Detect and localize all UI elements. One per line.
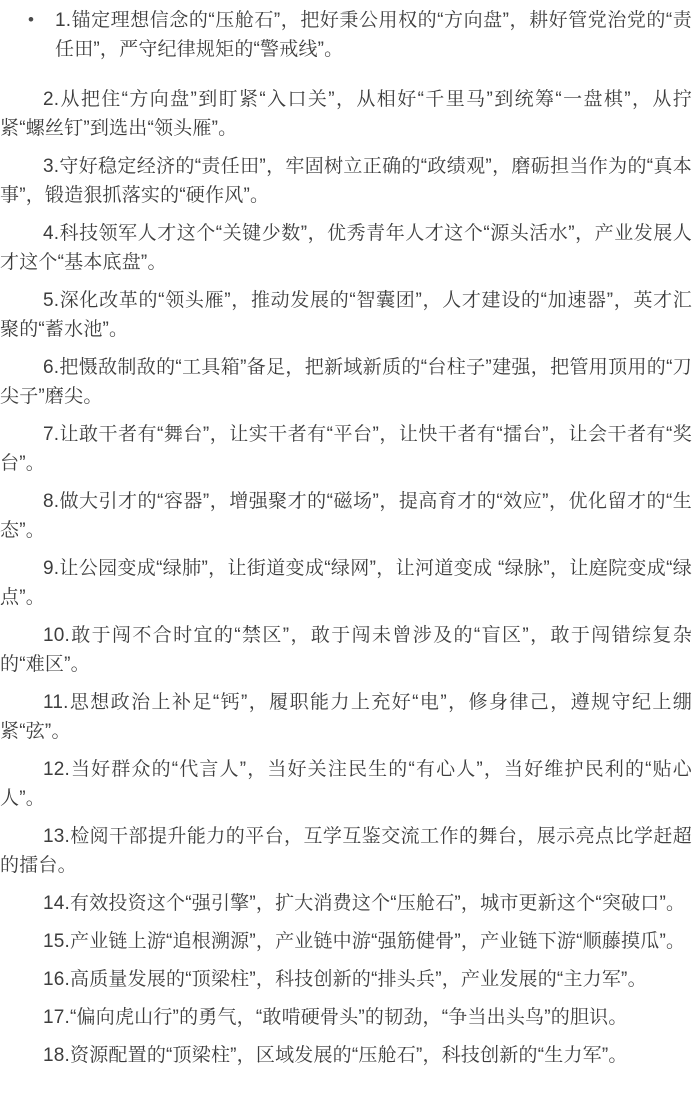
list-item: 2.从把住“方向盘”到盯紧“入口关”，从相好“千里马”到统筹“一盘棋”，从拧紧“… bbox=[0, 85, 692, 143]
document-body: •1.锚定理想信念的“压舱石”，把好秉公用权的“方向盘”，耕好管党治党的“责任田… bbox=[0, 0, 693, 1097]
list-item: 6.把慑敌制敌的“工具箱”备足，把新域新质的“台柱子”建强，把管用顶用的“刀尖子… bbox=[0, 353, 692, 411]
list-item-text: 6.把慑敌制敌的“工具箱”备足，把新域新质的“台柱子”建强，把管用顶用的“刀尖子… bbox=[0, 357, 692, 407]
list-item-text: 5.深化改革的“领头雁”，推动发展的“智囊团”，人才建设的“加速器”，英才汇聚的… bbox=[0, 290, 692, 340]
list-item: 12.当好群众的“代言人”，当好关注民生的“有心人”，当好维护民利的“贴心人”。 bbox=[0, 755, 692, 813]
list-item-text: 2.从把住“方向盘”到盯紧“入口关”，从相好“千里马”到统筹“一盘棋”，从拧紧“… bbox=[0, 89, 692, 139]
list-item-text: 13.检阅干部提升能力的平台，互学互鉴交流工作的舞台，展示亮点比学赶超的擂台。 bbox=[0, 826, 692, 876]
list-item: 13.检阅干部提升能力的平台，互学互鉴交流工作的舞台，展示亮点比学赶超的擂台。 bbox=[0, 822, 692, 880]
list-item: 14.有效投资这个“强引擎”，扩大消费这个“压舱石”，城市更新这个“突破口”。 bbox=[0, 889, 692, 918]
list-item: 4.科技领军人才这个“关键少数”，优秀青年人才这个“源头活水”，产业发展人才这个… bbox=[0, 219, 692, 277]
list-item-text: 17.“偏向虎山行”的勇气，“敢啃硬骨头”的韧劲，“争当出头鸟”的胆识。 bbox=[43, 1007, 628, 1028]
list-item-text: 3.守好稳定经济的“责任田”，牢固树立正确的“政绩观”，磨砺担当作为的“真本事”… bbox=[0, 156, 692, 206]
list-item: 5.深化改革的“领头雁”，推动发展的“智囊团”，人才建设的“加速器”，英才汇聚的… bbox=[0, 286, 692, 344]
list-item: •1.锚定理想信念的“压舱石”，把好秉公用权的“方向盘”，耕好管党治党的“责任田… bbox=[0, 6, 692, 64]
list-item: 18.资源配置的“顶梁柱”，区域发展的“压舱石”，科技创新的“生力军”。 bbox=[0, 1041, 692, 1070]
list-item-text: 15.产业链上游“追根溯源”，产业链中游“强筋健骨”，产业链下游“顺藤摸瓜”。 bbox=[43, 931, 685, 952]
list-item: 7.让敢干者有“舞台”，让实干者有“平台”，让快干者有“擂台”，让会干者有“奖台… bbox=[0, 420, 692, 478]
list-item-text: 1.锚定理想信念的“压舱石”，把好秉公用权的“方向盘”，耕好管党治党的“责任田”… bbox=[55, 10, 692, 60]
list-item: 9.让公园变成“绿肺”，让街道变成“绿网”，让河道变成 “绿脉”，让庭院变成“绿… bbox=[0, 554, 692, 612]
list-item: 10.敢于闯不合时宜的“禁区”，敢于闯未曾涉及的“盲区”，敢于闯错综复杂的“难区… bbox=[0, 621, 692, 679]
list-item: 17.“偏向虎山行”的勇气，“敢啃硬骨头”的韧劲，“争当出头鸟”的胆识。 bbox=[0, 1003, 692, 1032]
list-item: 15.产业链上游“追根溯源”，产业链中游“强筋健骨”，产业链下游“顺藤摸瓜”。 bbox=[0, 927, 692, 956]
list-item: 8.做大引才的“容器”，增强聚才的“磁场”，提高育才的“效应”，优化留才的“生态… bbox=[0, 487, 692, 545]
list-item-text: 9.让公园变成“绿肺”，让街道变成“绿网”，让河道变成 “绿脉”，让庭院变成“绿… bbox=[0, 558, 692, 608]
list-item-text: 7.让敢干者有“舞台”，让实干者有“平台”，让快干者有“擂台”，让会干者有“奖台… bbox=[0, 424, 692, 474]
list-item: 16.高质量发展的“顶梁柱”，科技创新的“排头兵”，产业发展的“主力军”。 bbox=[0, 965, 692, 994]
list-item-text: 10.敢于闯不合时宜的“禁区”，敢于闯未曾涉及的“盲区”，敢于闯错综复杂的“难区… bbox=[0, 625, 692, 675]
list-item-text: 4.科技领军人才这个“关键少数”，优秀青年人才这个“源头活水”，产业发展人才这个… bbox=[0, 223, 692, 273]
list-item-text: 11.思想政治上补足“钙”，履职能力上充好“电”，修身律己，遵规守纪上绷紧“弦”… bbox=[0, 692, 692, 742]
list-item-text: 12.当好群众的“代言人”，当好关注民生的“有心人”，当好维护民利的“贴心人”。 bbox=[0, 759, 692, 809]
list-item-text: 14.有效投资这个“强引擎”，扩大消费这个“压舱石”，城市更新这个“突破口”。 bbox=[43, 893, 685, 914]
list-item-text: 16.高质量发展的“顶梁柱”，科技创新的“排头兵”，产业发展的“主力军”。 bbox=[43, 969, 647, 990]
list-item-text: 8.做大引才的“容器”，增强聚才的“磁场”，提高育才的“效应”，优化留才的“生态… bbox=[0, 491, 692, 541]
list-item-text: 18.资源配置的“顶梁柱”，区域发展的“压舱石”，科技创新的“生力军”。 bbox=[43, 1045, 628, 1066]
list-item: 3.守好稳定经济的“责任田”，牢固树立正确的“政绩观”，磨砺担当作为的“真本事”… bbox=[0, 152, 692, 210]
list-item: 11.思想政治上补足“钙”，履职能力上充好“电”，修身律己，遵规守纪上绷紧“弦”… bbox=[0, 688, 692, 746]
bullet-icon: • bbox=[28, 5, 34, 34]
